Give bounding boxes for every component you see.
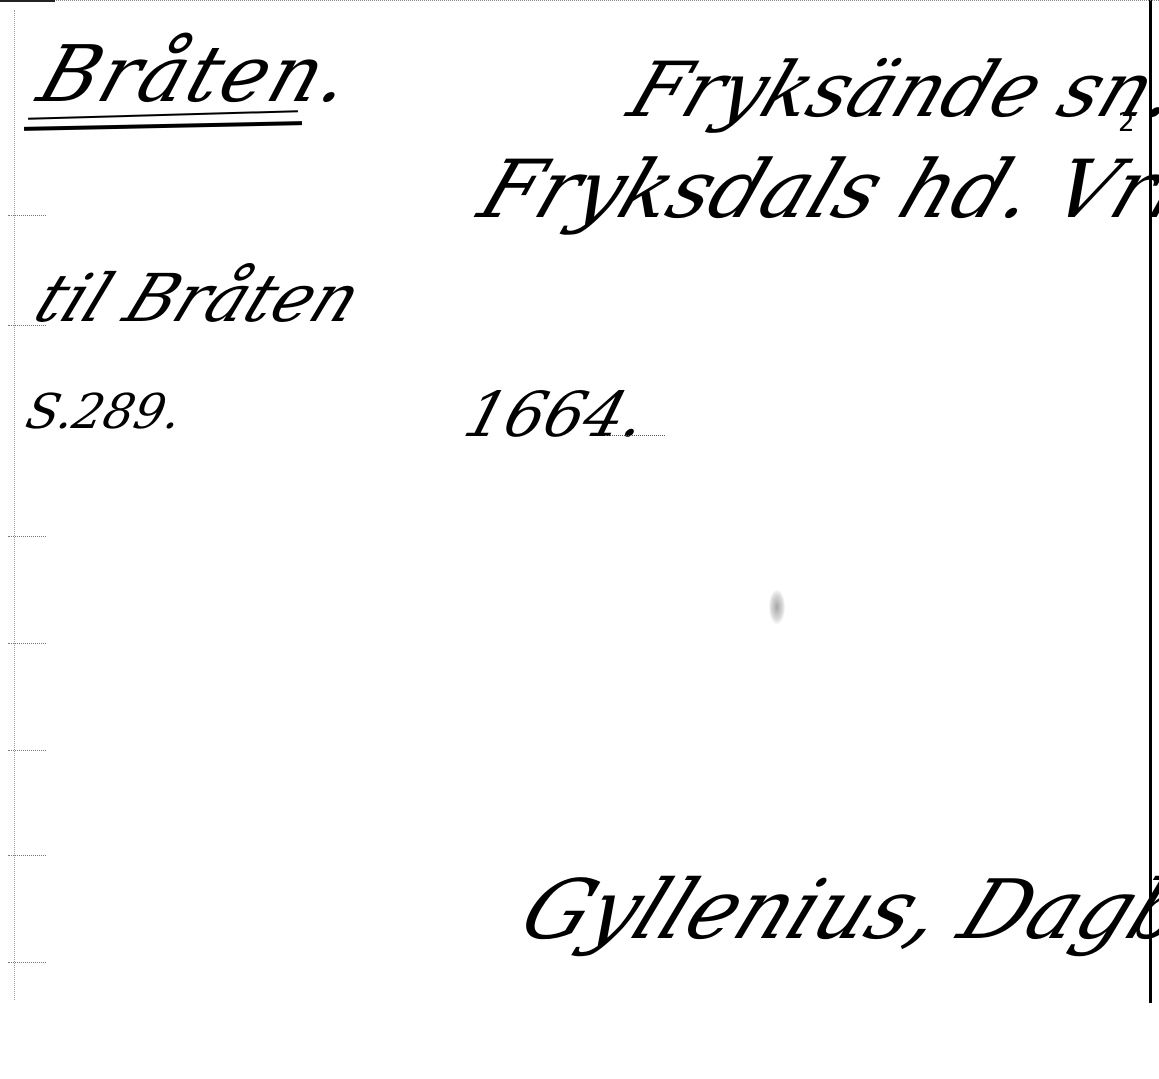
heading-double-underline: [24, 121, 302, 131]
dotted-leader: [605, 435, 665, 436]
place-form-text: til Bråten: [26, 266, 370, 332]
parish-superscript: 2: [1118, 108, 1135, 138]
year-label: 1664.: [458, 384, 653, 446]
margin-tick: [8, 215, 46, 217]
margin-tick: [8, 962, 46, 964]
parish-label: Fryksände sn.: [620, 52, 1159, 128]
scan-corner-mark: [0, 0, 55, 2]
margin-tick: [8, 643, 46, 645]
scan-edge-left: [14, 10, 16, 1000]
margin-tick: [8, 750, 46, 752]
margin-tick: [8, 855, 46, 857]
archive-index-card: Bråten. Fryksände sn. 2 Fryksdals hd. Vr…: [0, 0, 1152, 1003]
place-name-heading: Bråten.: [30, 36, 363, 114]
hundred-district-label: Fryksdals hd. Vrml.: [470, 150, 1159, 230]
source-reference: Gyllenius, Dagbok.: [510, 870, 1159, 952]
paper-stain: [769, 590, 785, 624]
scan-edge-top: [0, 0, 1159, 2]
margin-tick: [8, 536, 46, 538]
page-reference: S.289.: [22, 388, 186, 436]
